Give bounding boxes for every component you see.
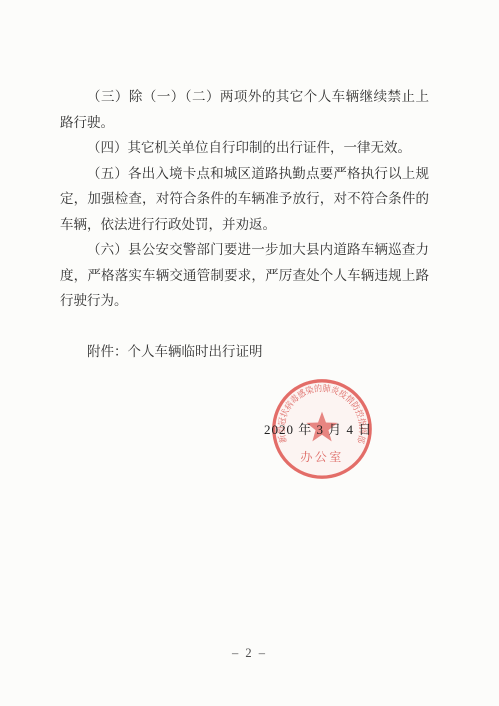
issue-date: 2020 年 3 月 4 日 xyxy=(264,419,372,438)
body-paragraph: （六）县公安交警部门要进一步加大县内道路车辆巡查力度，严格落实车辆交通管制要求，… xyxy=(60,237,429,314)
document-body: （三）除（一）（二）两项外的其它个人车辆继续禁止上路行驶。 （四）其它机关单位自… xyxy=(60,84,429,365)
body-paragraph: （五）各出入境卡点和城区道路执勤点要严格执行以上规定，加强检查，对符合条件的车辆… xyxy=(60,161,429,238)
body-paragraph: （四）其它机关单位自行印制的出行证件，一律无效。 xyxy=(60,135,429,161)
body-paragraph: （三）除（一）（二）两项外的其它个人车辆继续禁止上路行驶。 xyxy=(60,84,429,135)
page-number: – 2 – xyxy=(0,646,499,661)
seal-bottom-text: 办公室 xyxy=(300,449,343,464)
document-page: （三）除（一）（二）两项外的其它个人车辆继续禁止上路行驶。 （四）其它机关单位自… xyxy=(0,0,499,706)
attachment-line: 附件：个人车辆临时出行证明 xyxy=(60,339,429,365)
